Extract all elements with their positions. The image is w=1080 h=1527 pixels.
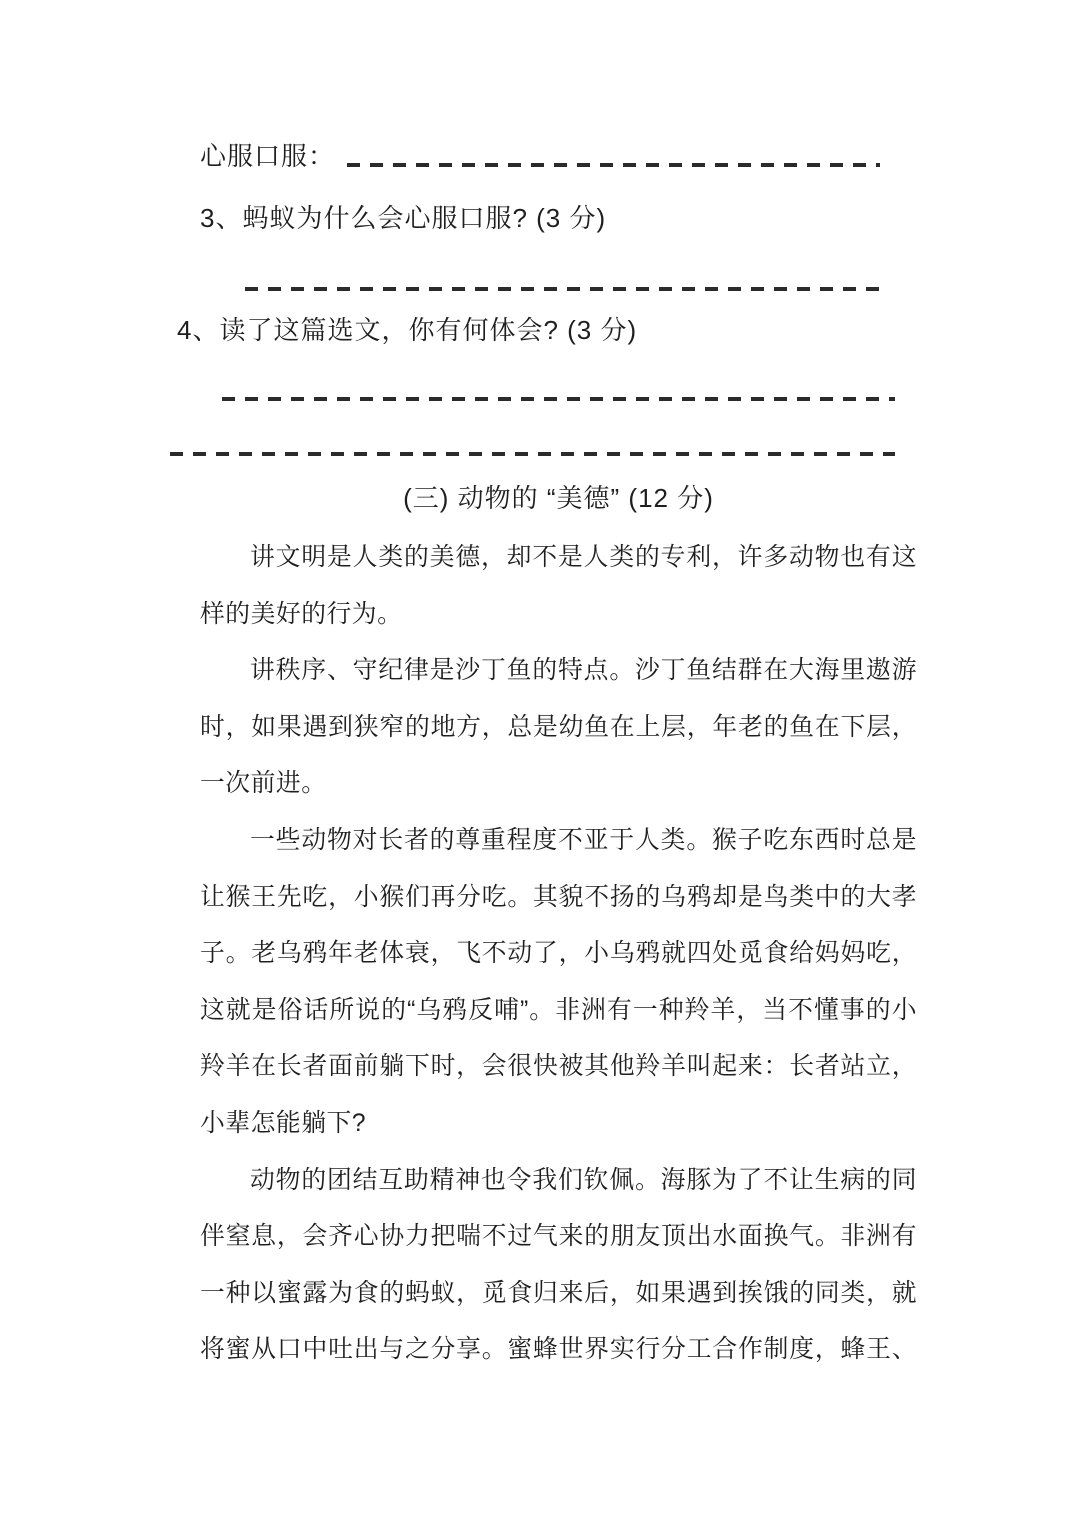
- passage-line: 一次前进。: [200, 767, 917, 803]
- answer-blank-line: [222, 397, 895, 401]
- fill-in-label: 心服口服：: [200, 139, 335, 173]
- question-4: 4、读了这篇选文，你有何体会? (3 分): [177, 313, 637, 347]
- fill-in-answer-row: 心服口服：: [200, 137, 880, 173]
- exam-page: 心服口服： 3、蚂蚁为什么会心服口服? (3 分) 4、读了这篇选文，你有何体会…: [0, 0, 1080, 1527]
- question-3: 3、蚂蚁为什么会心服口服? (3 分): [200, 201, 606, 235]
- passage-line: 羚羊在长者面前躺下时，会很快被其他羚羊叫起来：长者站立，: [200, 1050, 917, 1086]
- passage-line: 讲文明是人类的美德，却不是人类的专利，许多动物也有这: [200, 541, 917, 577]
- answer-blank-line: [170, 452, 895, 456]
- passage-line: 一种以蜜露为食的蚂蚁，觅食归来后，如果遇到挨饿的同类，就: [200, 1277, 917, 1313]
- passage-line: 动物的团结互助精神也令我们钦佩。海豚为了不让生病的同: [200, 1164, 917, 1200]
- passage-line: 将蜜从口中吐出与之分享。蜜蜂世界实行分工合作制度，蜂王、: [200, 1333, 917, 1369]
- answer-blank-line: [245, 287, 880, 291]
- section-heading: (三) 动物的 “美德” (12 分): [200, 481, 917, 515]
- passage-line: 伴窒息，会齐心协力把喘不过气来的朋友顶出水面换气。非洲有: [200, 1220, 917, 1256]
- passage-line: 子。老乌鸦年老体衰，飞不动了，小乌鸦就四处觅食给妈妈吃，: [200, 937, 917, 973]
- passage-line: 样的美好的行为。: [200, 598, 917, 634]
- passage-line: 小辈怎能躺下?: [200, 1107, 917, 1143]
- passage-line: 让猴王先吃，小猴们再分吃。其貌不扬的乌鸦却是鸟类中的大孝: [200, 881, 917, 917]
- passage-line: 讲秩序、守纪律是沙丁鱼的特点。沙丁鱼结群在大海里遨游: [200, 654, 917, 690]
- passage-line: 这就是俗话所说的“乌鸦反哺”。非洲有一种羚羊，当不懂事的小: [200, 994, 917, 1030]
- passage-line: 一些动物对长者的尊重程度不亚于人类。猴子吃东西时总是: [200, 824, 917, 860]
- passage-line: 时，如果遇到狭窄的地方，总是幼鱼在上层，年老的鱼在下层，: [200, 711, 917, 747]
- answer-blank-line: [347, 163, 880, 167]
